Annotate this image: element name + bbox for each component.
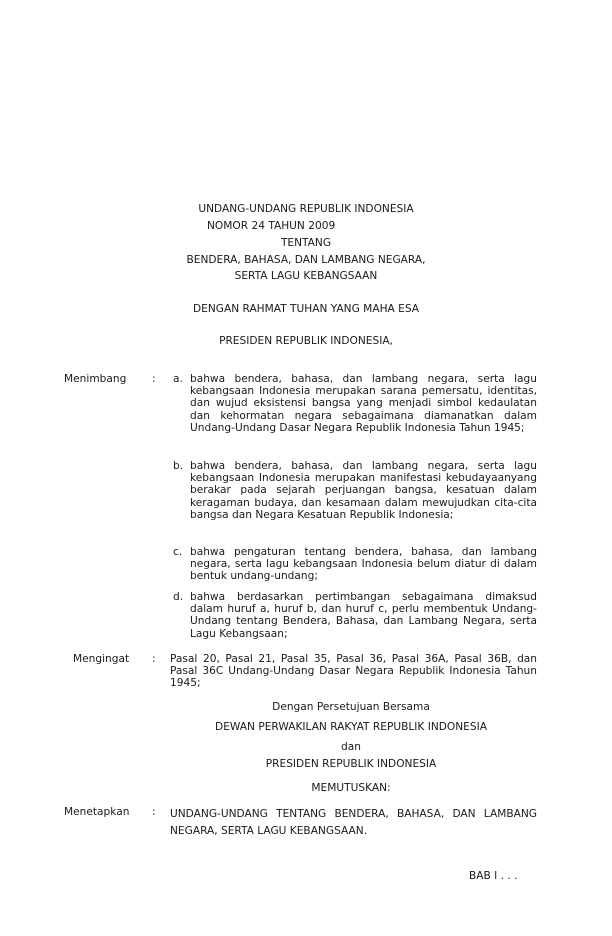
invocation: DENGAN RAHMAT TUHAN YANG MAHA ESA: [0, 303, 612, 315]
president-name: PRESIDEN REPUBLIK INDONESIA: [45, 758, 612, 770]
conjunction-dan: dan: [45, 741, 612, 753]
menetapkan-text: UNDANG-UNDANG TENTANG BENDERA, BAHASA, D…: [170, 806, 537, 840]
mengingat-colon: :: [152, 653, 156, 665]
president-heading: PRESIDEN REPUBLIK INDONESIA,: [0, 335, 612, 347]
consideration-c: bahwa pengaturan tentang bendera, bahasa…: [190, 546, 537, 583]
dpr-name: DEWAN PERWAKILAN RAKYAT REPUBLIK INDONES…: [45, 721, 612, 733]
tentang-label: TENTANG: [0, 237, 612, 249]
menetapkan-colon: :: [152, 806, 156, 818]
menetapkan-label: Menetapkan: [64, 806, 129, 818]
law-subject-line2: SERTA LAGU KEBANGSAAN: [0, 270, 612, 282]
menimbang-colon: :: [152, 373, 156, 385]
item-letter-d: d.: [173, 591, 183, 603]
consideration-d: bahwa berdasarkan pertimbangan sebagaima…: [190, 591, 537, 640]
law-number: NOMOR 24 TAHUN 2009: [207, 220, 335, 232]
approval-heading: Dengan Persetujuan Bersama: [45, 701, 612, 713]
item-letter-b: b.: [173, 460, 183, 472]
menimbang-label: Menimbang: [64, 373, 126, 385]
law-title: UNDANG-UNDANG REPUBLIK INDONESIA: [0, 203, 612, 215]
mengingat-text: Pasal 20, Pasal 21, Pasal 35, Pasal 36, …: [170, 653, 537, 690]
law-subject-line1: BENDERA, BAHASA, DAN LAMBANG NEGARA,: [0, 254, 612, 266]
consideration-a: bahwa bendera, bahasa, dan lambang negar…: [190, 373, 537, 434]
item-letter-a: a.: [173, 373, 183, 385]
mengingat-label: Mengingat: [73, 653, 129, 665]
item-letter-c: c.: [173, 546, 182, 558]
next-page-reference: BAB I . . .: [469, 870, 517, 882]
consideration-b: bahwa bendera, bahasa, dan lambang negar…: [190, 460, 537, 521]
decision-heading: MEMUTUSKAN:: [45, 782, 612, 794]
